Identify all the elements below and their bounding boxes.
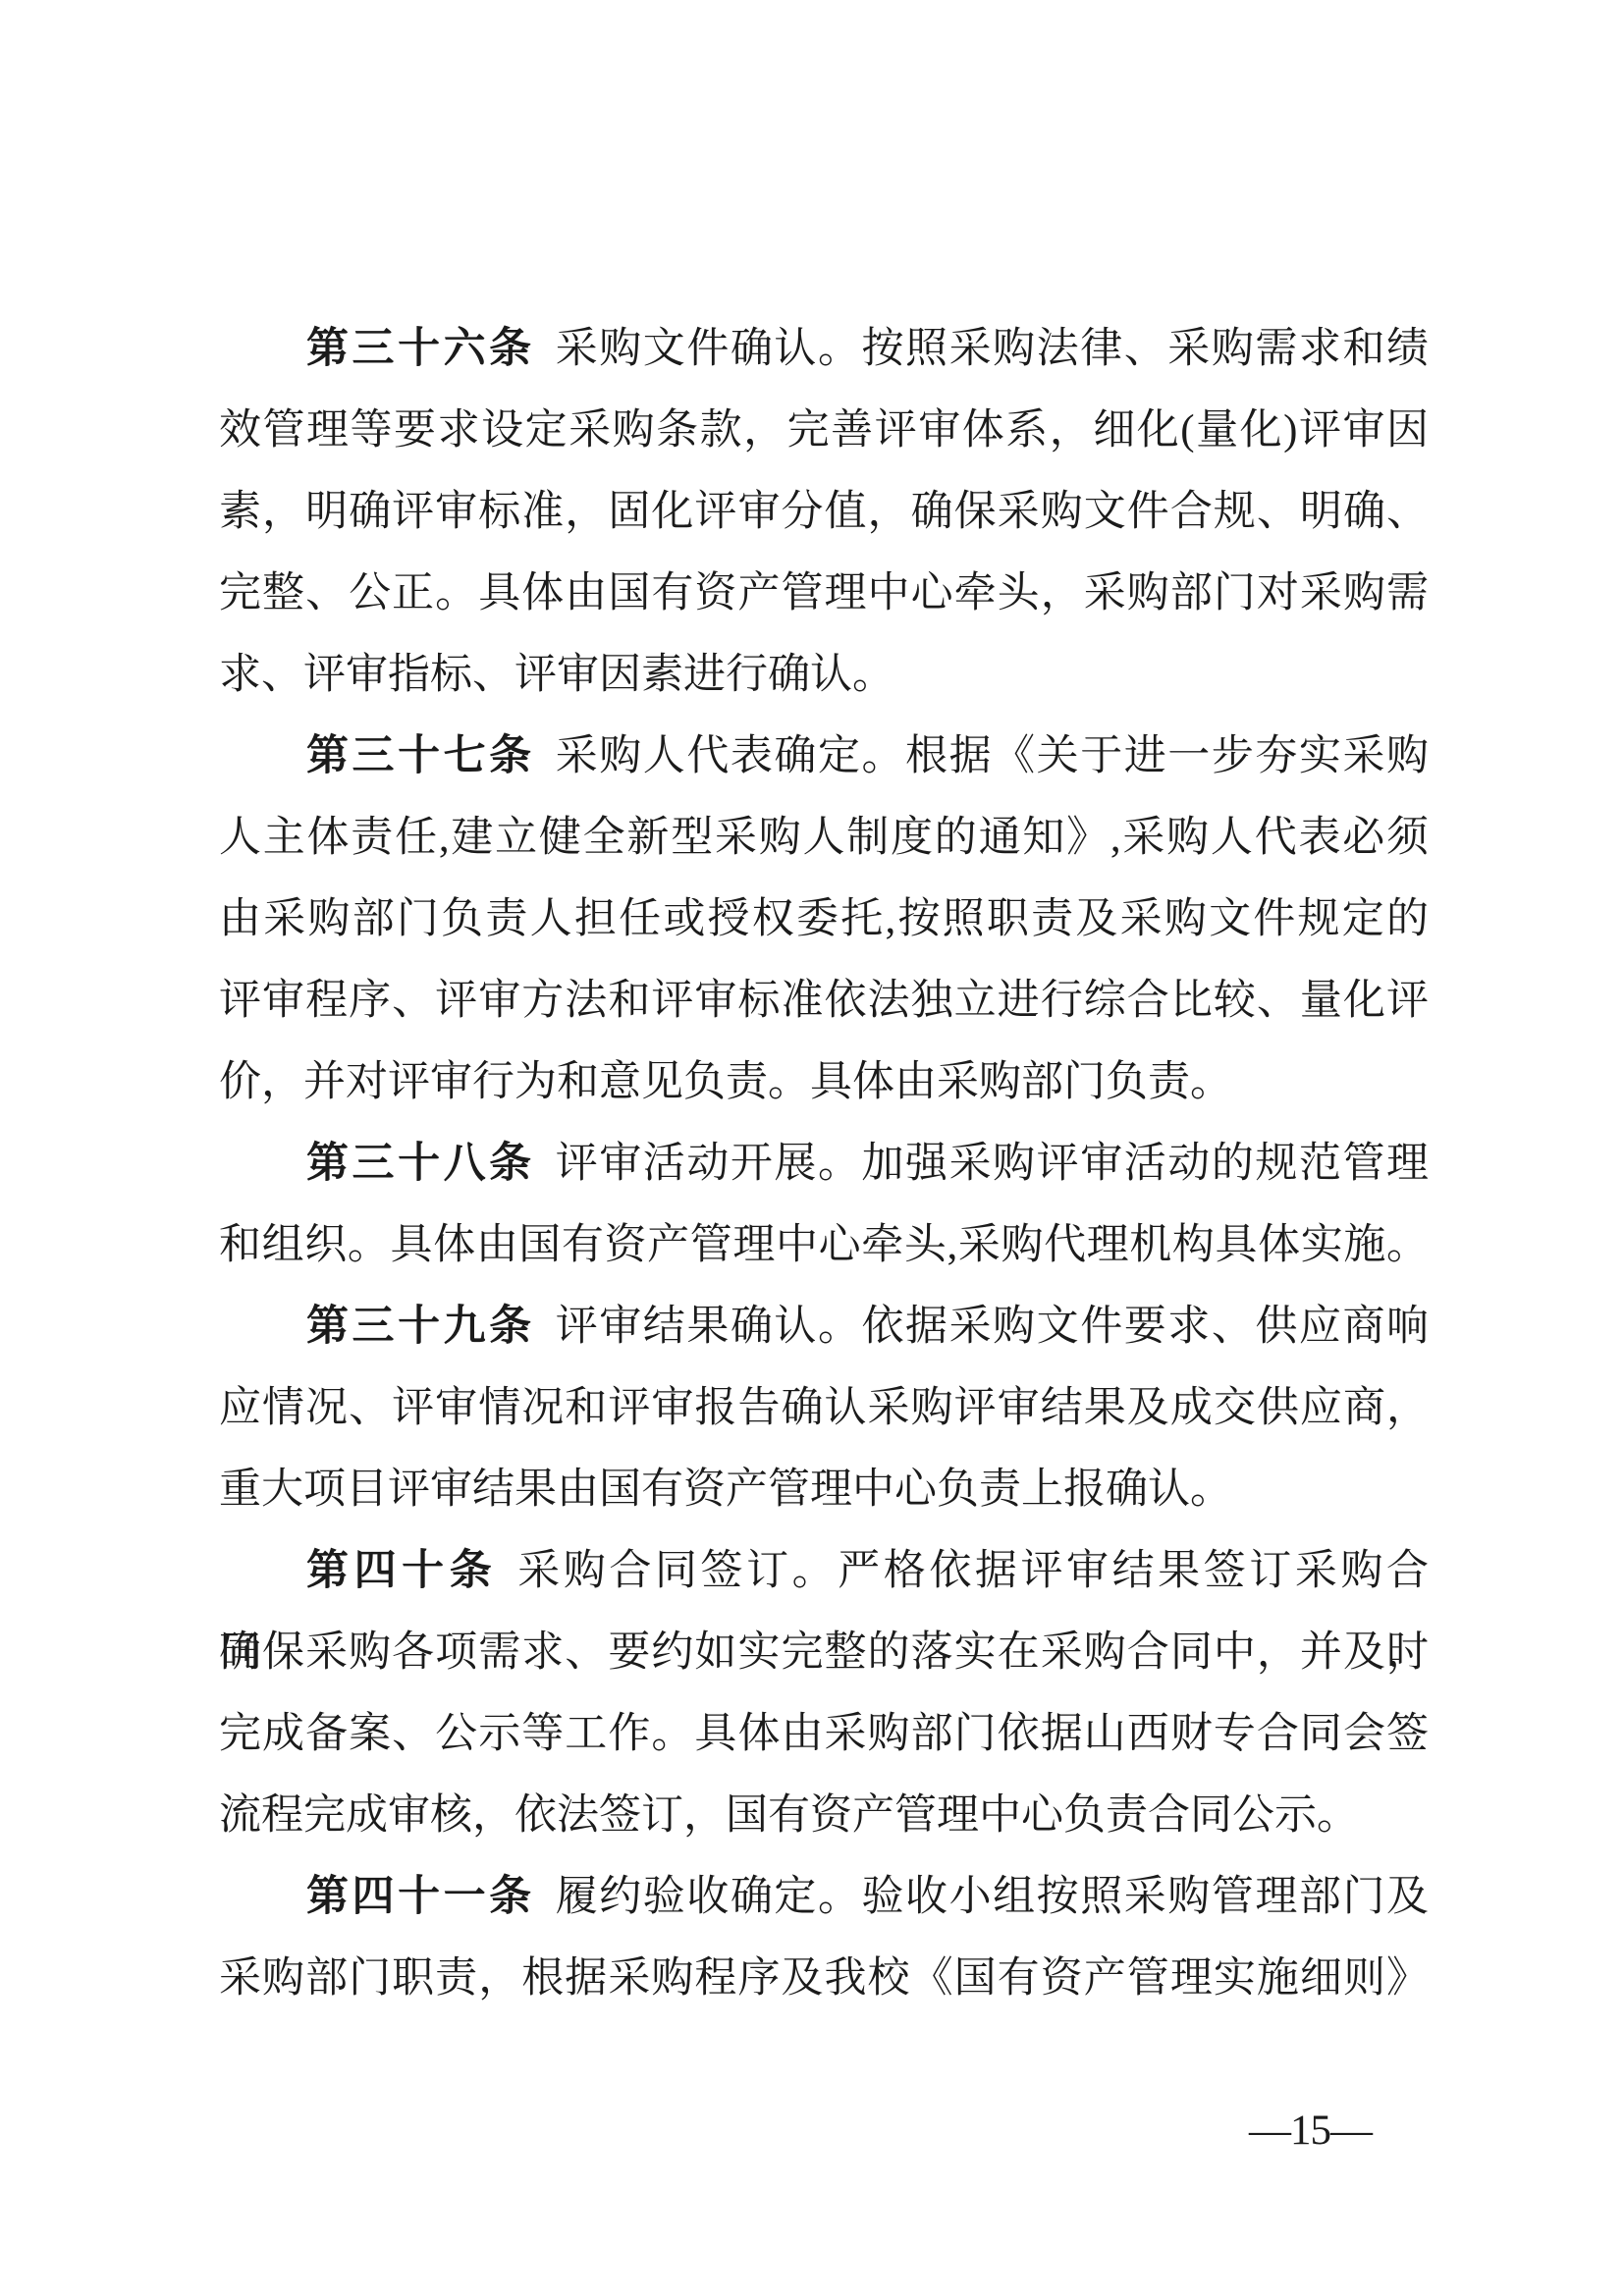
paragraph-line: 第四十条采购合同签订。严格依据评审结果签订采购合同，: [219, 1530, 1429, 1612]
paragraph-line: 流程完成审核，依法签订，国有资产管理中心负责合同公示。: [219, 1775, 1429, 1856]
line-text: 重大项目评审结果由国有资产管理中心负责上报确认。: [219, 1467, 1232, 1513]
article-number: 第四十条: [306, 1548, 497, 1594]
document-page: 第三十六条采购文件确认。按照采购法律、采购需求和绩 效管理等要求设定采购条款，完…: [0, 0, 1624, 2296]
line-text: 评审结果确认。依据采购文件要求、供应商响: [556, 1304, 1429, 1350]
line-text: 评审活动开展。加强采购评审活动的规范管理: [556, 1141, 1429, 1187]
paragraph-line: 重大项目评审结果由国有资产管理中心负责上报确认。: [219, 1449, 1429, 1530]
line-text: 完成备案、公示等工作。具体由采购部门依据山西财专合同会签: [219, 1711, 1429, 1757]
article-number: 第四十一条: [306, 1874, 535, 1920]
line-text: 人主体责任,建立健全新型采购人制度的通知》,采购人代表必须: [219, 815, 1429, 861]
paragraph-line: 采购部门职责，根据采购程序及我校《国有资产管理实施细则》: [219, 1938, 1429, 2019]
line-text: 采购人代表确定。根据《关于进一步夯实采购: [556, 733, 1429, 779]
paragraph-line: 第四十一条履约验收确定。验收小组按照采购管理部门及: [219, 1856, 1429, 1938]
line-text: 由采购部门负责人担任或授权委托,按照职责及采购文件规定的: [219, 896, 1429, 942]
line-text: 采购文件确认。按照采购法律、采购需求和绩: [556, 326, 1429, 372]
line-text: 效管理等要求设定采购条款，完善评审体系，细化(量化)评审因: [219, 407, 1429, 454]
paragraph-line: 应情况、评审情况和评审报告确认采购评审结果及成交供应商，: [219, 1367, 1429, 1449]
article-number: 第三十八条: [306, 1141, 535, 1187]
paragraph-line: 效管理等要求设定采购条款，完善评审体系，细化(量化)评审因: [219, 390, 1429, 471]
paragraph-line: 确保采购各项需求、要约如实完整的落实在采购合同中，并及时: [219, 1612, 1429, 1693]
paragraph-line: 求、评审指标、评审因素进行确认。: [219, 634, 1429, 716]
paragraph-line: 价，并对评审行为和意见负责。具体由采购部门负责。: [219, 1041, 1429, 1123]
line-text: 确保采购各项需求、要约如实完整的落实在采购合同中，并及时: [219, 1629, 1429, 1676]
line-text: 评审程序、评审方法和评审标准依法独立进行综合比较、量化评: [219, 978, 1429, 1024]
paragraph-line: 评审程序、评审方法和评审标准依法独立进行综合比较、量化评: [219, 960, 1429, 1041]
line-text: 和组织。具体由国有资产管理中心牵头,采购代理机构具体实施。: [219, 1222, 1429, 1268]
paragraph-line: 由采购部门负责人担任或授权委托,按照职责及采购文件规定的: [219, 879, 1429, 960]
document-body: 第三十六条采购文件确认。按照采购法律、采购需求和绩 效管理等要求设定采购条款，完…: [219, 308, 1429, 2019]
paragraph-line: 素，明确评审标准，固化评审分值，确保采购文件合规、明确、: [219, 471, 1429, 553]
line-text: 履约验收确定。验收小组按照采购管理部门及: [556, 1874, 1429, 1920]
line-text: 应情况、评审情况和评审报告确认采购评审结果及成交供应商，: [219, 1385, 1429, 1431]
paragraph-line: 第三十七条采购人代表确定。根据《关于进一步夯实采购: [219, 716, 1429, 797]
paragraph-line: 第三十八条评审活动开展。加强采购评审活动的规范管理: [219, 1123, 1429, 1204]
paragraph-line: 第三十六条采购文件确认。按照采购法律、采购需求和绩: [219, 308, 1429, 390]
paragraph-line: 人主体责任,建立健全新型采购人制度的通知》,采购人代表必须: [219, 797, 1429, 879]
line-text: 完整、公正。具体由国有资产管理中心牵头，采购部门对采购需: [219, 570, 1429, 616]
article-number: 第三十六条: [306, 326, 535, 372]
line-text: 价，并对评审行为和意见负责。具体由采购部门负责。: [219, 1059, 1232, 1105]
article-number: 第三十七条: [306, 733, 535, 779]
paragraph-line: 完整、公正。具体由国有资产管理中心牵头，采购部门对采购需: [219, 553, 1429, 634]
line-text: 流程完成审核，依法签订，国有资产管理中心负责合同公示。: [219, 1792, 1359, 1839]
paragraph-line: 第三十九条评审结果确认。依据采购文件要求、供应商响: [219, 1286, 1429, 1367]
line-text: 求、评审指标、评审因素进行确认。: [219, 652, 894, 698]
paragraph-line: 完成备案、公示等工作。具体由采购部门依据山西财专合同会签: [219, 1693, 1429, 1775]
line-text: 素，明确评审标准，固化评审分值，确保采购文件合规、明确、: [219, 489, 1429, 535]
page-number: —15—: [1249, 2107, 1372, 2156]
paragraph-line: 和组织。具体由国有资产管理中心牵头,采购代理机构具体实施。: [219, 1204, 1429, 1286]
article-number: 第三十九条: [306, 1304, 535, 1350]
line-text: 采购部门职责，根据采购程序及我校《国有资产管理实施细则》: [219, 1955, 1429, 2002]
